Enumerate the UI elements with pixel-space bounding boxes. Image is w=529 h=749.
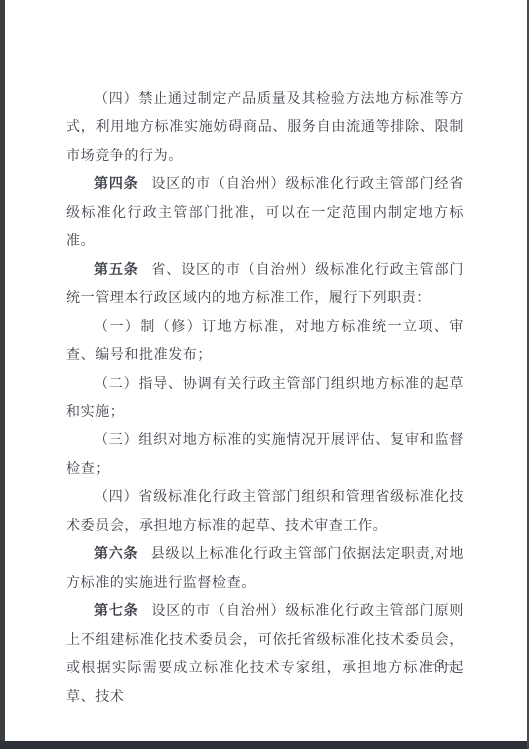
paragraph-text: （四）省级标准化行政主管部门组织和管理省级标准化技术委员会，承担地方标准的起草、… [66, 490, 464, 533]
page-edge-bottom [0, 741, 529, 749]
paragraph-item-1: （一）制（修）订地方标准，对地方标准统一立项、审查、编号和批准发布； [66, 314, 464, 371]
paragraph-article-4: 第四条设区的市（自治州）级标准化行政主管部门经省级标准化行政主管部门批准，可以在… [66, 171, 464, 256]
article-lead: 第五条 [94, 263, 139, 278]
paragraph-item-4-clause: （四）禁止通过制定产品质量及其检验方法地方标准等方式，利用地方标准实施妨碍商品、… [66, 86, 464, 171]
paragraph-item-3: （三）组织对地方标准的实施情况开展评估、复审和监督检查； [66, 427, 464, 484]
article-lead: 第六条 [94, 547, 138, 562]
document-page: （四）禁止通过制定产品质量及其检验方法地方标准等方式，利用地方标准实施妨碍商品、… [0, 0, 529, 749]
page-edge-left [0, 0, 5, 749]
paragraph-text: （三）组织对地方标准的实施情况开展评估、复审和监督检查； [66, 433, 464, 476]
paragraph-item-2: （二）指导、协调有关行政主管部门组织地方标准的起草和实施； [66, 371, 464, 428]
paragraph-text: （一）制（修）订地方标准，对地方标准统一立项、审查、编号和批准发布； [66, 320, 464, 363]
document-body: （四）禁止通过制定产品质量及其检验方法地方标准等方式，利用地方标准实施妨碍商品、… [66, 86, 464, 712]
article-lead: 第七条 [94, 604, 139, 619]
article-lead: 第四条 [94, 177, 139, 192]
paragraph-article-5: 第五条省、设区的市（自治州）级标准化行政主管部门统一管理本行政区域内的地方标准工… [66, 257, 464, 314]
paragraph-text: （四）禁止通过制定产品质量及其检验方法地方标准等方式，利用地方标准实施妨碍商品、… [66, 92, 464, 164]
paragraph-text: 设区的市（自治州）级标准化行政主管部门原则上不组建标准化技术委员会，可依托省级标… [66, 604, 464, 704]
paragraph-item-4: （四）省级标准化行政主管部门组织和管理省级标准化技术委员会，承担地方标准的起草、… [66, 484, 464, 541]
paragraph-article-6: 第六条县级以上标准化行政主管部门依据法定职责,对地方标准的实施进行监督检查。 [66, 541, 464, 598]
page-number: —3— [424, 656, 460, 672]
paragraph-text: （二）指导、协调有关行政主管部门组织地方标准的起草和实施； [66, 377, 464, 420]
paragraph-article-7: 第七条设区的市（自治州）级标准化行政主管部门原则上不组建标准化技术委员会，可依托… [66, 598, 464, 712]
